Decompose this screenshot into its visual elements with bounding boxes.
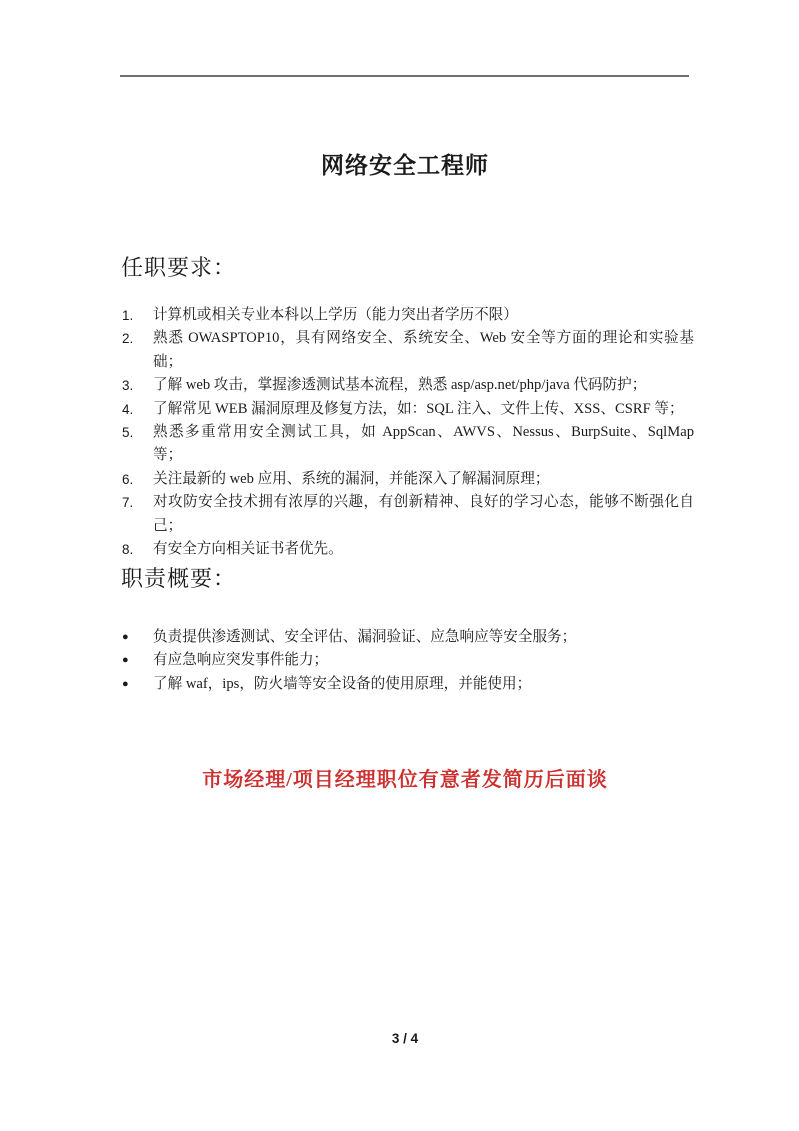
bullet-icon: ●	[122, 649, 153, 672]
list-item-number: 6.	[122, 468, 153, 491]
list-item-text: 对攻防安全技术拥有浓厚的兴趣，有创新精神、良好的学习心态，能够不断强化自己；	[153, 491, 694, 538]
list-item: 2. 熟悉 OWASPTOP10，具有网络安全、系统安全、Web 安全等方面的理…	[122, 327, 694, 374]
list-item-text: 了解 web 攻击，掌握渗透测试基本流程，熟悉 asp/asp.net/php/…	[153, 374, 694, 397]
bullet-icon: ●	[122, 626, 153, 649]
list-item: 7. 对攻防安全技术拥有浓厚的兴趣，有创新精神、良好的学习心态，能够不断强化自己…	[122, 491, 694, 538]
list-item-number: 4.	[122, 398, 153, 421]
requirements-list: 1. 计算机或相关专业本科以上学历（能力突出者学历不限） 2. 熟悉 OWASP…	[122, 304, 694, 561]
list-item-text: 关注最新的 web 应用、系统的漏洞，并能深入了解漏洞原理；	[153, 468, 694, 491]
list-item-text: 熟悉 OWASPTOP10，具有网络安全、系统安全、Web 安全等方面的理论和实…	[153, 327, 694, 374]
list-item-number: 5.	[122, 421, 153, 468]
list-item-text: 计算机或相关专业本科以上学历（能力突出者学历不限）	[153, 304, 694, 327]
list-item: 1. 计算机或相关专业本科以上学历（能力突出者学历不限）	[122, 304, 694, 327]
duties-list: ● 负责提供渗透测试、安全评估、漏洞验证、应急响应等安全服务； ● 有应急响应突…	[122, 626, 700, 696]
list-item-number: 2.	[122, 327, 153, 374]
document-page: 网络安全工程师 任职要求： 1. 计算机或相关专业本科以上学历（能力突出者学历不…	[0, 0, 799, 1131]
list-item-number: 1.	[122, 304, 153, 327]
list-item-text: 有应急响应突发事件能力；	[153, 649, 700, 672]
header-rule	[120, 75, 689, 77]
page-number: 3 / 4	[120, 1031, 690, 1046]
list-item-text: 了解 waf，ips，防火墙等安全设备的使用原理，并能使用；	[153, 673, 700, 696]
list-item: 8. 有安全方向相关证书者优先。	[122, 538, 694, 561]
list-item: ● 有应急响应突发事件能力；	[122, 649, 700, 672]
list-item-text: 有安全方向相关证书者优先。	[153, 538, 694, 561]
highlight-note: 市场经理/项目经理职位有意者发简历后面谈	[120, 763, 690, 792]
list-item: ● 了解 waf，ips，防火墙等安全设备的使用原理，并能使用；	[122, 673, 700, 696]
list-item-number: 8.	[122, 538, 153, 561]
list-item: 6. 关注最新的 web 应用、系统的漏洞，并能深入了解漏洞原理；	[122, 468, 694, 491]
duties-heading: 职责概要：	[121, 562, 236, 593]
bullet-icon: ●	[122, 673, 153, 696]
list-item-text: 熟悉多重常用安全测试工具，如 AppScan、AWVS、Nessus、BurpS…	[153, 421, 694, 468]
list-item: ● 负责提供渗透测试、安全评估、漏洞验证、应急响应等安全服务；	[122, 626, 700, 649]
list-item-text: 负责提供渗透测试、安全评估、漏洞验证、应急响应等安全服务；	[153, 626, 700, 649]
list-item-number: 3.	[122, 374, 153, 397]
list-item-text: 了解常见 WEB 漏洞原理及修复方法，如：SQL 注入、文件上传、XSS、CSR…	[153, 398, 694, 421]
list-item: 4. 了解常见 WEB 漏洞原理及修复方法，如：SQL 注入、文件上传、XSS、…	[122, 398, 694, 421]
list-item: 5. 熟悉多重常用安全测试工具，如 AppScan、AWVS、Nessus、Bu…	[122, 421, 694, 468]
requirements-heading: 任职要求：	[121, 251, 236, 282]
page-title: 网络安全工程师	[120, 147, 690, 180]
list-item: 3. 了解 web 攻击，掌握渗透测试基本流程，熟悉 asp/asp.net/p…	[122, 374, 694, 397]
list-item-number: 7.	[122, 491, 153, 538]
